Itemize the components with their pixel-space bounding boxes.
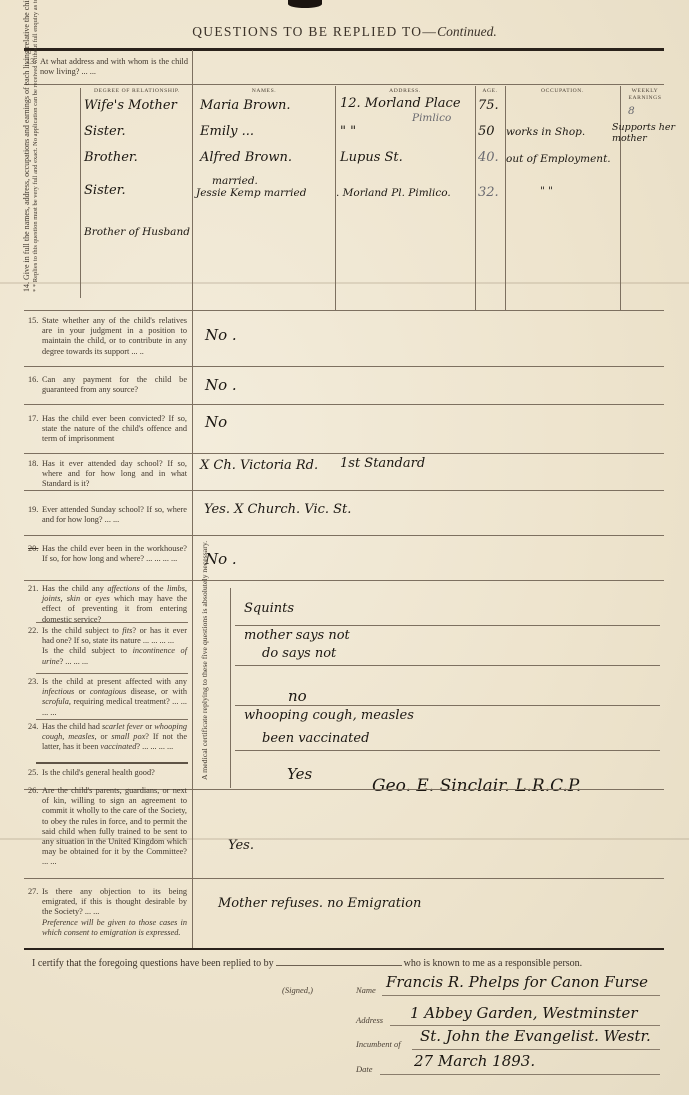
row-rule xyxy=(24,84,664,85)
question-18: 18. Has it ever attended day school? If … xyxy=(42,459,187,490)
name-line xyxy=(382,995,660,996)
q-text: infectious xyxy=(42,687,74,696)
q-text: or xyxy=(80,594,95,603)
name-label: Name xyxy=(356,985,376,995)
q-text: Can any payment for the child be guarant… xyxy=(42,375,187,394)
q-text: ? ... ... ... xyxy=(60,657,89,666)
paper-fold xyxy=(0,282,689,284)
relative-relationship: Wife's Mother xyxy=(84,98,177,113)
relative-name: Alfred Brown. xyxy=(200,150,292,165)
q-text: , or xyxy=(95,732,112,741)
col-header-earnings: WEEKLY EARNINGS xyxy=(622,88,668,102)
q-text: eyes xyxy=(95,594,109,603)
question-23: 23. Is the child at present affected wit… xyxy=(42,677,187,718)
ink-blot xyxy=(288,0,322,8)
relative-age: 32. xyxy=(478,185,499,200)
question-22: 22. Is the child subject to fits? or has… xyxy=(42,626,187,667)
q-number: 23. xyxy=(28,677,38,687)
date-label: Date xyxy=(356,1064,373,1074)
question-14: 14. Give in full the names, address, occ… xyxy=(22,87,39,292)
question-17: 17. Has the child ever been convicted? I… xyxy=(42,414,187,445)
question-27: 27. Is there any objection to its being … xyxy=(42,887,187,938)
q-text: At what address and with whom is the chi… xyxy=(40,57,188,76)
page-title: QUESTIONS TO BE REPLIED TO—Continued. xyxy=(0,24,689,40)
answer-22-incontinence: do says not xyxy=(262,646,336,661)
question-25: 25. Is the child's general health good? xyxy=(42,768,187,778)
row-rule xyxy=(24,366,664,367)
row-rule xyxy=(36,719,188,720)
answer-23: no xyxy=(288,687,307,705)
q-text: Is the child's general health good? xyxy=(42,768,155,777)
q-text: scarlet fever xyxy=(102,722,143,731)
col-header-address: ADDRESS. xyxy=(335,88,475,94)
relative-earnings: 8 xyxy=(628,105,635,117)
row-rule xyxy=(24,453,664,454)
title-main: QUESTIONS TO BE REPLIED TO— xyxy=(192,24,437,39)
row-rule xyxy=(235,750,660,751)
q-note: Preference will be given to those cases … xyxy=(42,918,187,938)
question-15: 15. State whether any of the child's rel… xyxy=(42,316,187,357)
q-number: 22. xyxy=(28,626,38,636)
row-rule xyxy=(36,673,188,674)
signed-label: (Signed,) xyxy=(282,985,313,995)
q-text: ? ... ... ... ... xyxy=(136,742,173,751)
answer-27: Mother refuses. no Emigration xyxy=(218,896,421,911)
row-rule xyxy=(24,404,664,405)
relative-earnings: Supports her mother xyxy=(612,122,686,144)
note-text: A medical certificate replying to these … xyxy=(200,541,209,780)
relative-name: Maria Brown. xyxy=(200,98,291,113)
incumbent-value: St. John the Evangelist. Westr. xyxy=(420,1027,651,1045)
answer-25: Yes xyxy=(287,765,312,783)
relative-relationship: Sister. xyxy=(84,124,126,139)
row-rule xyxy=(24,535,664,536)
relative-age: 75. xyxy=(478,98,499,113)
row-rule xyxy=(24,878,664,879)
relative-occupation: out of Employment. xyxy=(506,153,611,165)
q-text: or xyxy=(143,722,154,731)
col-header-relationship: DEGREE OF RELATIONSHIP. xyxy=(82,88,192,94)
address-line xyxy=(390,1025,660,1026)
row-rule xyxy=(235,625,660,626)
column-divider xyxy=(192,50,193,950)
col-header-age: AGE. xyxy=(475,88,505,94)
q-text: Has the child ever been in the workhouse… xyxy=(42,544,187,563)
q-text: Is there any objection to its being emig… xyxy=(42,887,187,916)
address-label: Address xyxy=(356,1015,383,1025)
relative-address-note: Pimlico xyxy=(412,112,451,124)
relative-name: Jessie Kemp married xyxy=(196,187,306,199)
q-text: or xyxy=(74,687,90,696)
q-number: 16. xyxy=(28,375,38,385)
answer-22-fits: mother says not xyxy=(244,628,350,643)
column-divider xyxy=(230,588,231,788)
q-text: affections xyxy=(107,584,139,593)
relative-age: 40. xyxy=(478,150,499,165)
q-text: Has it ever attended day school? If so, … xyxy=(42,459,187,488)
relative-relationship: Brother of Husband xyxy=(84,226,190,238)
title-rule xyxy=(24,48,664,51)
row-rule xyxy=(24,580,664,581)
date-line xyxy=(380,1074,660,1075)
q-text: of the xyxy=(140,584,167,593)
row-rule xyxy=(36,762,188,764)
relative-occupation: works in Shop. xyxy=(506,126,585,138)
relative-relationship: Brother. xyxy=(84,150,138,165)
q-number: 27. xyxy=(28,887,38,897)
q-number: 17. xyxy=(28,414,38,424)
doctor-signature: Geo. E. Sinclair. L.R.C.P. xyxy=(372,776,581,796)
relative-name-note: married. xyxy=(212,175,258,187)
q-text: Is the child subject to xyxy=(42,646,133,655)
q-text: Ever attended Sunday school? If so, wher… xyxy=(42,505,187,524)
answer-20: No . xyxy=(205,550,237,568)
column-divider xyxy=(475,86,476,310)
relative-address: . Morland Pl. Pimlico. xyxy=(336,187,451,199)
q-number: 21. xyxy=(28,584,38,594)
q-number: 14. xyxy=(22,282,31,292)
answer-19: Yes. X Church. Vic. St. xyxy=(204,502,351,517)
relative-relationship: Sister. xyxy=(84,183,126,198)
relative-age: 50 xyxy=(478,124,495,139)
row-rule xyxy=(24,310,664,311)
question-24: 24. Has the child had scarlet fever or w… xyxy=(42,722,187,753)
q-number: 20. xyxy=(28,544,38,554)
answer-17: No xyxy=(205,413,227,431)
incumbent-line xyxy=(412,1049,660,1050)
row-rule xyxy=(36,622,188,623)
q-text: State whether any of the child's relativ… xyxy=(42,316,187,356)
row-rule xyxy=(235,705,660,706)
column-divider xyxy=(80,88,81,298)
col-header-occupation: OCCUPATION. xyxy=(505,88,620,94)
column-divider xyxy=(620,86,621,310)
relative-name: Emily ... xyxy=(200,124,254,139)
incumbent-label: Incumbent of xyxy=(356,1039,401,1049)
q-text: Has the child any xyxy=(42,584,107,593)
col-header-names: NAMES. xyxy=(193,88,335,94)
q-number: 19. xyxy=(28,505,38,515)
relative-address: 12. Morland Place xyxy=(340,96,461,111)
question-16: 16. Can any payment for the child be gua… xyxy=(42,375,187,395)
q-number: 26. xyxy=(28,786,38,796)
answer-15: No . xyxy=(205,326,237,344)
form-page: QUESTIONS TO BE REPLIED TO—Continued. 13… xyxy=(0,0,689,1095)
relative-address: " " xyxy=(340,124,356,139)
q-text: vaccinated xyxy=(100,742,136,751)
question-26: 26. Are the child's parents, guardians, … xyxy=(42,786,187,868)
q-number: 25. xyxy=(28,768,38,778)
question-20: 20. Has the child ever been in the workh… xyxy=(42,544,187,564)
q-number: 18. xyxy=(28,459,38,469)
q-note: * * Replies to this question must be ver… xyxy=(32,87,40,292)
q-text: scrofula xyxy=(42,697,69,706)
q-number: 15. xyxy=(28,316,38,326)
q-number: 24. xyxy=(28,722,38,732)
signer-name: Francis R. Phelps for Canon Furse xyxy=(386,973,648,991)
q-text: Has the child had xyxy=(42,722,102,731)
answer-26: Yes. xyxy=(228,838,254,853)
answer-24-vaccinated: been vaccinated xyxy=(262,731,369,746)
q-text: small pox xyxy=(111,732,145,741)
row-rule xyxy=(24,490,664,491)
signer-address: 1 Abbey Garden, Westminster xyxy=(410,1004,638,1022)
cert-text: who is known to me as a responsible pers… xyxy=(404,958,583,969)
cert-text: I certify that the foregoing questions h… xyxy=(32,958,274,969)
relative-occupation: " " xyxy=(540,185,553,197)
answer-18-standard: 1st Standard xyxy=(340,456,425,471)
medical-certificate-note: A medical certificate replying to these … xyxy=(200,590,210,780)
answer-18: X Ch. Victoria Rd. xyxy=(200,458,318,473)
answer-16: No . xyxy=(205,376,237,394)
q-text: contagious xyxy=(90,687,126,696)
q-text: Give in full the names, address, occupat… xyxy=(22,0,31,280)
date-value: 27 March 1893. xyxy=(414,1052,535,1070)
column-divider xyxy=(505,86,506,310)
q-text: Has the child ever been convicted? If so… xyxy=(42,414,187,443)
question-19: 19. Ever attended Sunday school? If so, … xyxy=(42,505,187,525)
question-21: 21. Has the child any affections of the … xyxy=(42,584,187,625)
question-13: 13. At what address and with whom is the… xyxy=(40,57,188,77)
row-rule xyxy=(235,665,660,666)
relative-address: Lupus St. xyxy=(340,150,403,165)
q-text: Is the child at present affected with an… xyxy=(42,677,187,686)
q-text: Are the child's parents, guardians, or n… xyxy=(42,786,187,866)
responsible-person-blank[interactable] xyxy=(276,965,402,966)
title-continued: Continued. xyxy=(437,24,497,39)
certification-statement: I certify that the foregoing questions h… xyxy=(32,958,582,969)
answer-24-diseases: whooping cough, measles xyxy=(244,708,414,723)
q-text: fits xyxy=(122,626,132,635)
q-text: disease, or with xyxy=(126,687,187,696)
answer-21: Squints xyxy=(244,601,294,616)
q-text: Is the child subject to xyxy=(42,626,122,635)
section-rule xyxy=(24,948,664,950)
